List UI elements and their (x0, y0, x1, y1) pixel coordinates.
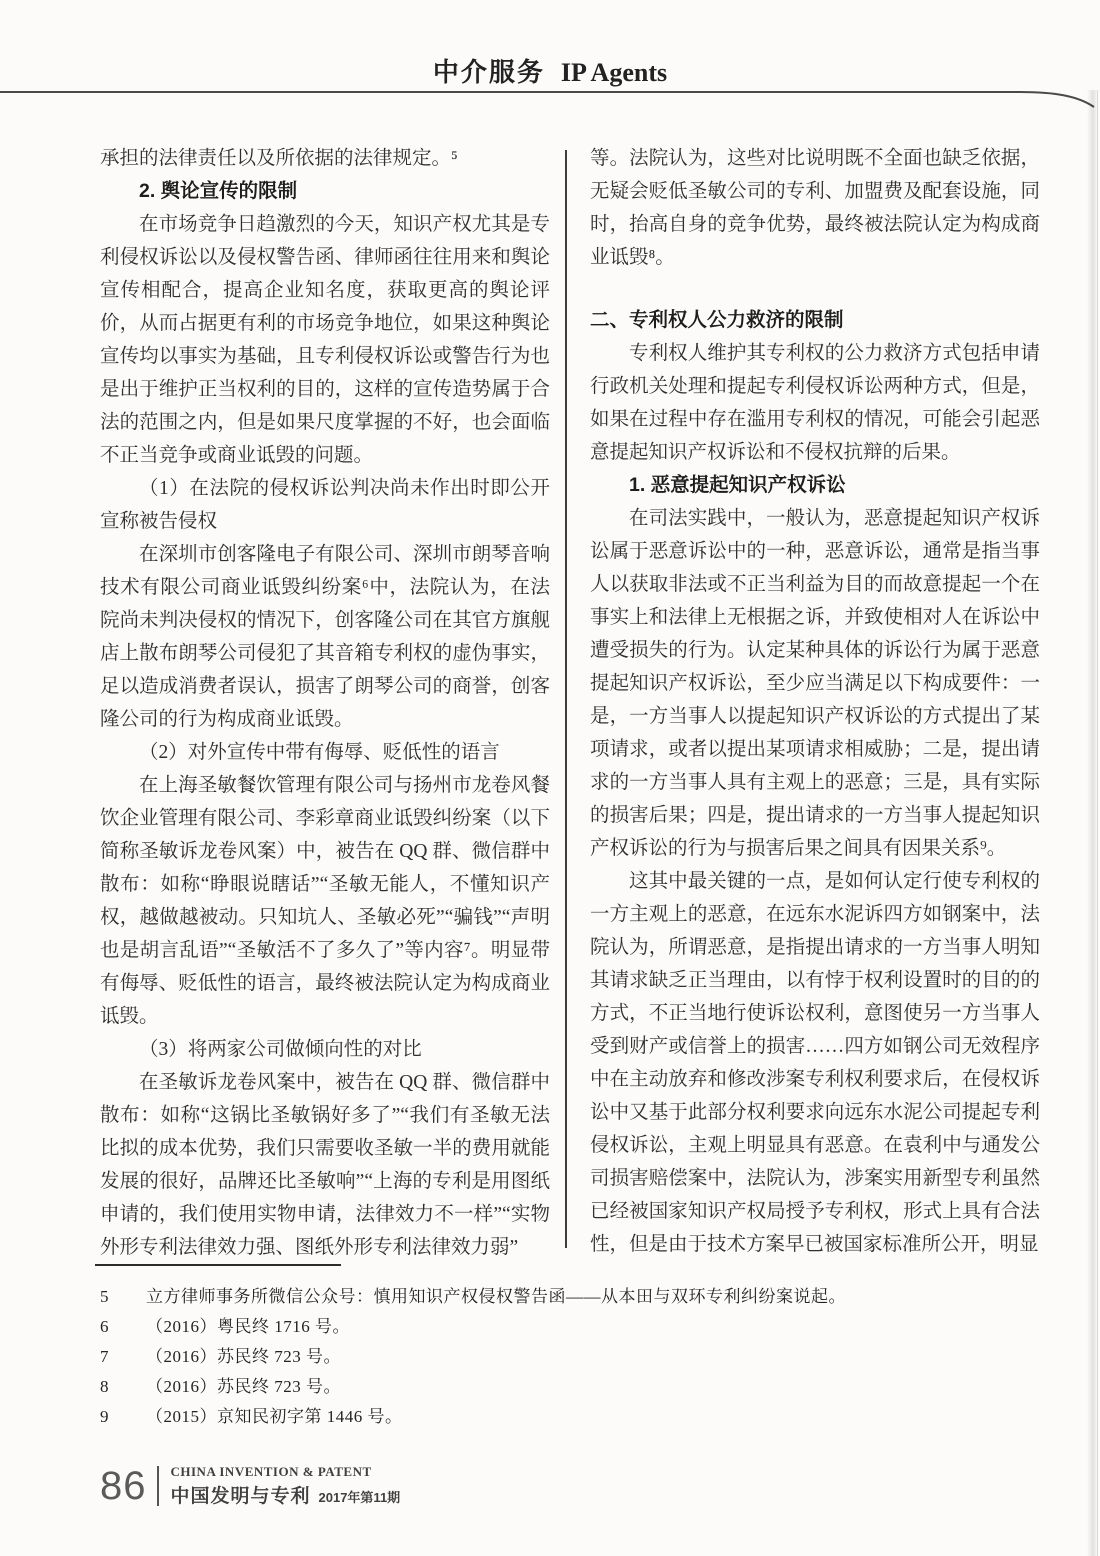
column-divider (565, 150, 567, 1248)
footnote: 9 （2015）京知民初字第 1446 号。 (100, 1402, 1000, 1432)
journal-issue: 2017年第11期 (319, 1487, 401, 1506)
section-heading: 二、专利权人公力救济的限制 (590, 304, 1040, 337)
page-number: 86 (100, 1466, 147, 1506)
footnote: 6 （2016）粤民终 1716 号。 (100, 1312, 1000, 1342)
page-footer: 86 CHINA INVENTION & PATENT 中国发明与专利 2017… (100, 1464, 400, 1508)
paragraph: 承担的法律责任以及所依据的法律规定。⁵ (100, 142, 550, 175)
left-column: 承担的法律责任以及所依据的法律规定。⁵ 2. 舆论宣传的限制 在市场竞争日趋激烈… (100, 142, 550, 1264)
footnote-number: 6 (100, 1312, 146, 1342)
header-rule (0, 0, 1100, 120)
paragraph: （3）将两家公司做倾向性的对比 (100, 1033, 550, 1066)
paragraph: 专利权人维护其专利权的公力救济方式包括申请行政机关处理和提起专利侵权诉讼两种方式… (590, 337, 1040, 469)
paragraph: 在上海圣敏餐饮管理有限公司与扬州市龙卷风餐饮企业管理有限公司、李彩章商业诋毁纠纷… (100, 769, 550, 1033)
paragraph: （2）对外宣传中带有侮辱、贬低性的语言 (100, 736, 550, 769)
footnote: 7 （2016）苏民终 723 号。 (100, 1342, 1000, 1372)
footnote-separator (95, 1264, 341, 1266)
right-column: 等。法院认为，这些对比说明既不全面也缺乏依据，无疑会贬低圣敏公司的专利、加盟费及… (590, 142, 1040, 1261)
footnote-text: （2016）粤民终 1716 号。 (146, 1312, 1000, 1342)
journal-name-zh: 中国发明与专利 (171, 1481, 311, 1508)
paragraph: 在司法实践中，一般认为，恶意提起知识产权诉讼属于恶意诉讼中的一种，恶意诉讼，通常… (590, 502, 1040, 865)
footnotes: 5 立方律师事务所微信公众号：慎用知识产权侵权警告函——从本田与双环专利纠纷案说… (100, 1282, 1000, 1432)
footnote-text: 立方律师事务所微信公众号：慎用知识产权侵权警告函——从本田与双环专利纠纷案说起。 (146, 1282, 1000, 1312)
footer-divider (157, 1466, 159, 1506)
footnote-text: （2016）苏民终 723 号。 (146, 1372, 1000, 1402)
footnote-number: 9 (100, 1402, 146, 1432)
paragraph: （1）在法院的侵权诉讼判决尚未作出时即公开宣称被告侵权 (100, 472, 550, 538)
subheading: 2. 舆论宣传的限制 (100, 175, 550, 208)
paragraph: 等。法院认为，这些对比说明既不全面也缺乏依据，无疑会贬低圣敏公司的专利、加盟费及… (590, 142, 1040, 274)
footnote-number: 7 (100, 1342, 146, 1372)
paragraph: 在深圳市创客隆电子有限公司、深圳市朗琴音响技术有限公司商业诋毁纠纷案⁶中，法院认… (100, 538, 550, 736)
paragraph: 在市场竞争日趋激烈的今天，知识产权尤其是专利侵权诉讼以及侵权警告函、律师函往往用… (100, 208, 550, 472)
footnote-number: 8 (100, 1372, 146, 1402)
footnote-text: （2015）京知民初字第 1446 号。 (146, 1402, 1000, 1432)
subheading: 1. 恶意提起知识产权诉讼 (590, 469, 1040, 502)
journal-info: CHINA INVENTION & PATENT 中国发明与专利 2017年第1… (171, 1464, 401, 1508)
footnote-text: （2016）苏民终 723 号。 (146, 1342, 1000, 1372)
footnote: 5 立方律师事务所微信公众号：慎用知识产权侵权警告函——从本田与双环专利纠纷案说… (100, 1282, 1000, 1312)
paragraph: 这其中最关键的一点，是如何认定行使专利权的一方主观上的恶意，在远东水泥诉四方如钢… (590, 865, 1040, 1261)
journal-name-en: CHINA INVENTION & PATENT (171, 1464, 401, 1479)
paragraph: 在圣敏诉龙卷风案中，被告在 QQ 群、微信群中散布：如称“这锅比圣敏锅好多了”“… (100, 1066, 550, 1264)
page-edge-shadow (1087, 90, 1098, 1556)
footnote-number: 5 (100, 1282, 146, 1312)
footnote: 8 （2016）苏民终 723 号。 (100, 1372, 1000, 1402)
